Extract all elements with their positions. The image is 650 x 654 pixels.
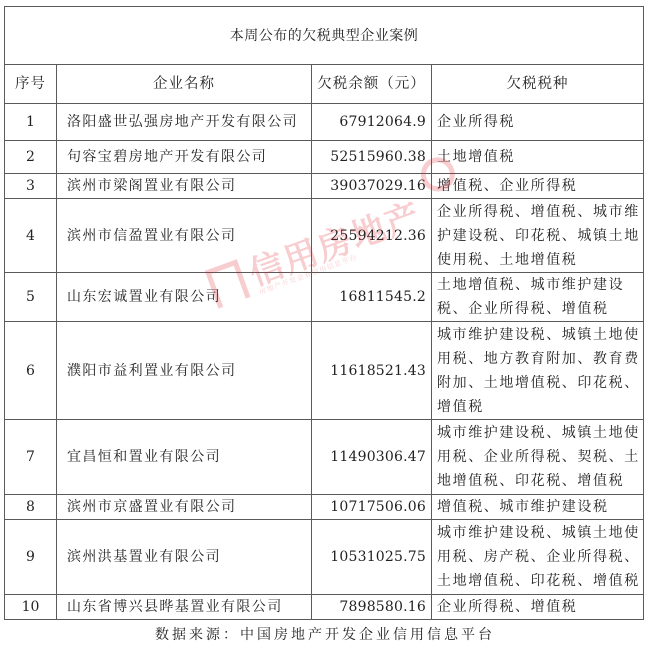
row-index: 10 — [5, 595, 57, 620]
row-amount: 11618521.43 — [312, 322, 432, 420]
row-index: 1 — [5, 104, 57, 141]
table-row: 10 山东省博兴县晔基置业有限公司 7898580.16 企业所得税、增值税 — [5, 595, 644, 620]
row-tax-types: 土地增值税 — [432, 141, 644, 174]
row-index: 7 — [5, 420, 57, 495]
row-index: 9 — [5, 520, 57, 595]
table-row: 6 濮阳市益利置业有限公司 11618521.43 城市维护建设税、城镇土地使用… — [5, 322, 644, 420]
row-amount: 16811545.2 — [312, 273, 432, 322]
row-tax-types: 土地增值税、城市维护建设税、企业所得税、增值税 — [432, 273, 644, 322]
row-amount: 52515960.38 — [312, 141, 432, 174]
row-index: 4 — [5, 199, 57, 273]
row-tax-types: 企业所得税、增值税、城市维护建设税、印花税、城镇土地使用税、土地增值税 — [432, 199, 644, 273]
table-row: 1 洛阳盛世弘强房地产开发有限公司 67912064.9 企业所得税 — [5, 104, 644, 141]
row-tax-types: 城市维护建设税、城镇土地使用税、房产税、企业所得税、土地增值税、印花税、增值税 — [432, 520, 644, 595]
row-company: 滨州洪基置业有限公司 — [57, 520, 312, 595]
table-row: 4 滨州市信盈置业有限公司 25594212.36 企业所得税、增值税、城市维护… — [5, 199, 644, 273]
header-row: 序号 企业名称 欠税余额（元） 欠税税种 — [5, 65, 644, 104]
row-amount: 11490306.47 — [312, 420, 432, 495]
row-company: 山东省博兴县晔基置业有限公司 — [57, 595, 312, 620]
row-company: 句容宝碧房地产开发有限公司 — [57, 141, 312, 174]
header-tax-types: 欠税税种 — [432, 65, 644, 104]
row-amount: 67912064.9 — [312, 104, 432, 141]
header-company: 企业名称 — [57, 65, 312, 104]
header-amount: 欠税余额（元） — [312, 65, 432, 104]
row-index: 2 — [5, 141, 57, 174]
row-index: 3 — [5, 174, 57, 199]
table-row: 8 滨州市京盛置业有限公司 10717506.06 增值税、城市维护建设税 — [5, 495, 644, 520]
row-company: 山东宏诚置业有限公司 — [57, 273, 312, 322]
row-tax-types: 企业所得税 — [432, 104, 644, 141]
table-row: 9 滨州洪基置业有限公司 10531025.75 城市维护建设税、城镇土地使用税… — [5, 520, 644, 595]
header-index: 序号 — [5, 65, 57, 104]
row-company: 洛阳盛世弘强房地产开发有限公司 — [57, 104, 312, 141]
row-tax-types: 增值税、企业所得税 — [432, 174, 644, 199]
row-company: 滨州市京盛置业有限公司 — [57, 495, 312, 520]
table-row: 5 山东宏诚置业有限公司 16811545.2 土地增值税、城市维护建设税、企业… — [5, 273, 644, 322]
row-amount: 10531025.75 — [312, 520, 432, 595]
row-tax-types: 城市维护建设税、城镇土地使用税、企业所得税、契税、土地增值税、印花税、增值税 — [432, 420, 644, 495]
tax-arrears-table: 本周公布的欠税典型企业案例 序号 企业名称 欠税余额（元） 欠税税种 1 洛阳盛… — [4, 6, 644, 620]
row-company: 滨州市梁阁置业有限公司 — [57, 174, 312, 199]
row-index: 6 — [5, 322, 57, 420]
row-amount: 25594212.36 — [312, 199, 432, 273]
row-amount: 39037029.16 — [312, 174, 432, 199]
row-amount: 7898580.16 — [312, 595, 432, 620]
title-row: 本周公布的欠税典型企业案例 — [5, 7, 644, 65]
row-tax-types: 企业所得税、增值税 — [432, 595, 644, 620]
table-row: 3 滨州市梁阁置业有限公司 39037029.16 增值税、企业所得税 — [5, 174, 644, 199]
row-tax-types: 增值税、城市维护建设税 — [432, 495, 644, 520]
row-amount: 10717506.06 — [312, 495, 432, 520]
row-company: 滨州市信盈置业有限公司 — [57, 199, 312, 273]
row-company: 濮阳市益利置业有限公司 — [57, 322, 312, 420]
row-tax-types: 城市维护建设税、城镇土地使用税、地方教育附加、教育费附加、土地增值税、印花税、增… — [432, 322, 644, 420]
row-company: 宜昌恒和置业有限公司 — [57, 420, 312, 495]
data-source-note: 数据来源：中国房地产开发企业信用信息平台 — [0, 624, 650, 644]
table-row: 2 句容宝碧房地产开发有限公司 52515960.38 土地增值税 — [5, 141, 644, 174]
table-title: 本周公布的欠税典型企业案例 — [5, 7, 644, 65]
row-index: 8 — [5, 495, 57, 520]
row-index: 5 — [5, 273, 57, 322]
table-row: 7 宜昌恒和置业有限公司 11490306.47 城市维护建设税、城镇土地使用税… — [5, 420, 644, 495]
